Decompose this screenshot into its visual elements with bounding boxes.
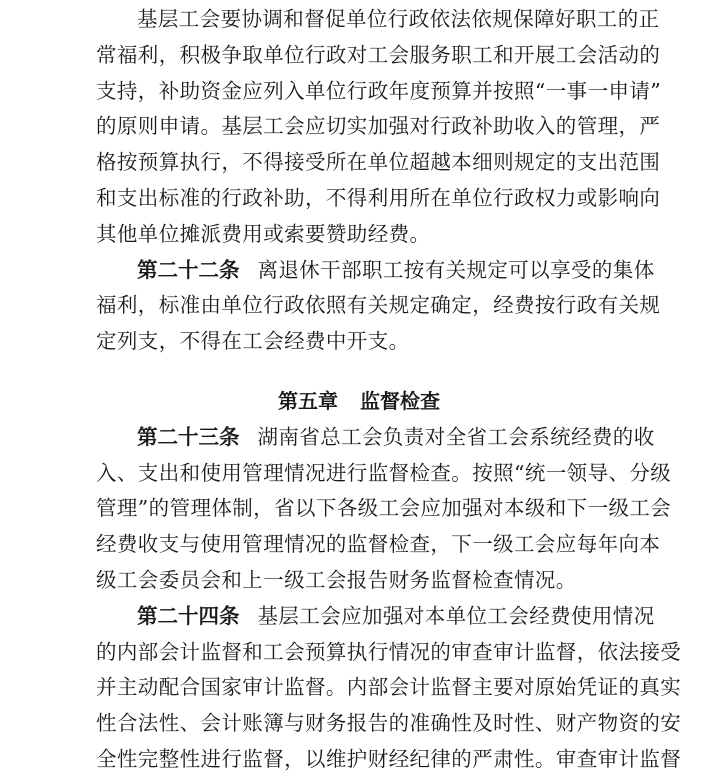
text-line: 第二十二条离退休干部职工按有关规定可以享受的集体: [96, 253, 622, 289]
text-line: 的内部会计监督和工会预算执行情况的审查审计监督，依法接受: [96, 635, 622, 671]
text-line: 定列支，不得在工会经费中开支。: [96, 324, 622, 360]
article-23: 第二十三条湖南省总工会负责对全省工会系统经费的收 入、支出和使用管理情况进行监督…: [96, 420, 622, 599]
article-text: 湖南省总工会负责对全省工会系统经费的收: [258, 425, 655, 449]
text-line: 福利，标准由单位行政依照有关规定确定，经费按行政有关规: [96, 288, 622, 324]
chapter-number: 第五章: [278, 389, 338, 413]
text-line: 其他单位摊派费用或索要赞助经费。: [96, 217, 622, 253]
text-line: 入、支出和使用管理情况进行监督检查。按照“统一领导、分级: [96, 456, 622, 492]
text-line: 全性完整性进行监督，以维护财经纪律的严肃性。审查审计监督: [96, 742, 622, 778]
article-label: 第二十二条: [137, 258, 240, 282]
text-line: 性合法性、会计账簿与财务报告的准确性及时性、财产物资的安: [96, 706, 622, 742]
article-22: 第二十二条离退休干部职工按有关规定可以享受的集体 福利，标准由单位行政依照有关规…: [96, 253, 622, 360]
text-line: 常福利，积极争取单位行政对工会服务职工和开展工会活动的: [96, 38, 622, 74]
text-line: 第二十四条基层工会应加强对本单位工会经费使用情况: [96, 599, 622, 635]
text-line: 格按预算执行，不得接受所在单位超越本细则规定的支出范围: [96, 145, 622, 181]
chapter-heading: 第五章监督检查: [96, 384, 622, 420]
chapter-title: 监督检查: [360, 389, 440, 413]
section-spacer: [96, 360, 622, 384]
text-line: 的原则申请。基层工会应切实加强对行政补助收入的管理，严: [96, 109, 622, 145]
text-line: 第二十三条湖南省总工会负责对全省工会系统经费的收: [96, 420, 622, 456]
document-page: 基层工会要协调和督促单位行政依法依规保障好职工的正 常福利，积极争取单位行政对工…: [96, 2, 622, 778]
article-text: 基层工会应加强对本单位工会经费使用情况: [258, 604, 655, 628]
text-line: 级工会委员会和上一级工会报告财务监督检查情况。: [96, 563, 622, 599]
text-line: 管理”的管理体制，省以下各级工会应加强对本级和下一级工会: [96, 491, 622, 527]
article-text: 离退休干部职工按有关规定可以享受的集体: [258, 258, 655, 282]
text-line: 基层工会要协调和督促单位行政依法依规保障好职工的正: [96, 2, 622, 38]
text-line: 并主动配合国家审计监督。内部会计监督主要对原始凭证的真实: [96, 670, 622, 706]
article-label: 第二十三条: [137, 425, 240, 449]
paragraph-intro: 基层工会要协调和督促单位行政依法依规保障好职工的正 常福利，积极争取单位行政对工…: [96, 2, 622, 253]
text-line: 经费收支与使用管理情况的监督检查，下一级工会应每年向本: [96, 527, 622, 563]
article-label: 第二十四条: [137, 604, 240, 628]
article-24: 第二十四条基层工会应加强对本单位工会经费使用情况 的内部会计监督和工会预算执行情…: [96, 599, 622, 778]
text-line: 和支出标准的行政补助，不得利用所在单位行政权力或影响向: [96, 181, 622, 217]
text-line: 支持，补助资金应列入单位行政年度预算并按照“一事一申请”: [96, 74, 622, 110]
